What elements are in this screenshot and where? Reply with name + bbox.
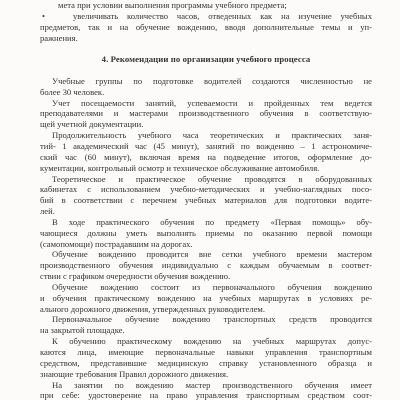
text-line: ствии с графиком очередности обучения во… — [40, 271, 372, 282]
text-line: Учебные группы по подготовке водителей с… — [40, 76, 372, 87]
text-line: и обучения практическому вождению на уче… — [40, 293, 372, 304]
bullet-list-item: •увеличивать количество часов, отведенны… — [40, 11, 372, 22]
text-line: знающие требования Правил дорожного движ… — [40, 369, 372, 380]
blank-line — [40, 43, 372, 54]
text-line: В ходе практического обучения по предмет… — [40, 217, 372, 228]
text-line: мета при условии выполнения программы уч… — [40, 0, 372, 11]
text-line: чающиеся должны уметь выполнять приемы п… — [40, 228, 372, 239]
text-line: К обучению практическому вождению на уче… — [40, 336, 372, 347]
text-line: бий в соответствии с перечнем учебных ма… — [40, 195, 372, 206]
text-line: Продолжительность учебного часа теоретич… — [40, 130, 372, 141]
text-line: Первоначальное обучение вождению транспо… — [40, 314, 372, 325]
text-line: кабинетах с использованием учебно-методи… — [40, 184, 372, 195]
text-line: Учет посещаемости занятий, успеваемости … — [40, 98, 372, 109]
blank-line — [40, 65, 372, 76]
text-line: ального дорожного движения, утвержденных… — [40, 304, 372, 315]
text-line: производственного обучения индивидуально… — [40, 260, 372, 271]
text-line: каются лица, имеющие первоначальные навы… — [40, 347, 372, 358]
section-heading: 4. Рекомендации по организации учебного … — [40, 54, 372, 65]
text-line: Обучение вождению состоит из первоначаль… — [40, 282, 372, 293]
text-column: мета при условии выполнения программы уч… — [40, 0, 372, 400]
text-line: лей. — [40, 206, 372, 217]
text-line: предметов, так и на обучение вождению, в… — [40, 22, 372, 33]
text-line: щей учетной документации. — [40, 119, 372, 130]
text-line: увеличивать количество часов, отведенных… — [73, 11, 372, 21]
document-page: мета при условии выполнения программы уч… — [0, 0, 400, 400]
text-line: преподавателями и мастерами производстве… — [40, 108, 372, 119]
text-line: ский час (60 минут), включая время на по… — [40, 152, 372, 163]
text-line: при себе: удостоверение на право управле… — [40, 390, 372, 400]
text-line: Теоретическое и практическое обучение пр… — [40, 174, 372, 185]
text-line: (самопомощи) пострадавшим на дорогах. — [40, 239, 372, 250]
text-line: На занятии по вождению мастер производст… — [40, 380, 372, 391]
text-line: Обучение вождению проводится вне сетки у… — [40, 249, 372, 260]
text-line: на закрытой площадке. — [40, 325, 372, 336]
text-line: ражнения. — [40, 33, 372, 44]
bullet-icon: • — [42, 11, 45, 22]
text-line: тий- 1 академический час (45 минут), зан… — [40, 141, 372, 152]
text-line: средством, представившие медицинскую спр… — [40, 358, 372, 369]
text-line: кументации, контрольный осмотр и техниче… — [40, 163, 372, 174]
text-line: более 30 человек. — [40, 87, 372, 98]
